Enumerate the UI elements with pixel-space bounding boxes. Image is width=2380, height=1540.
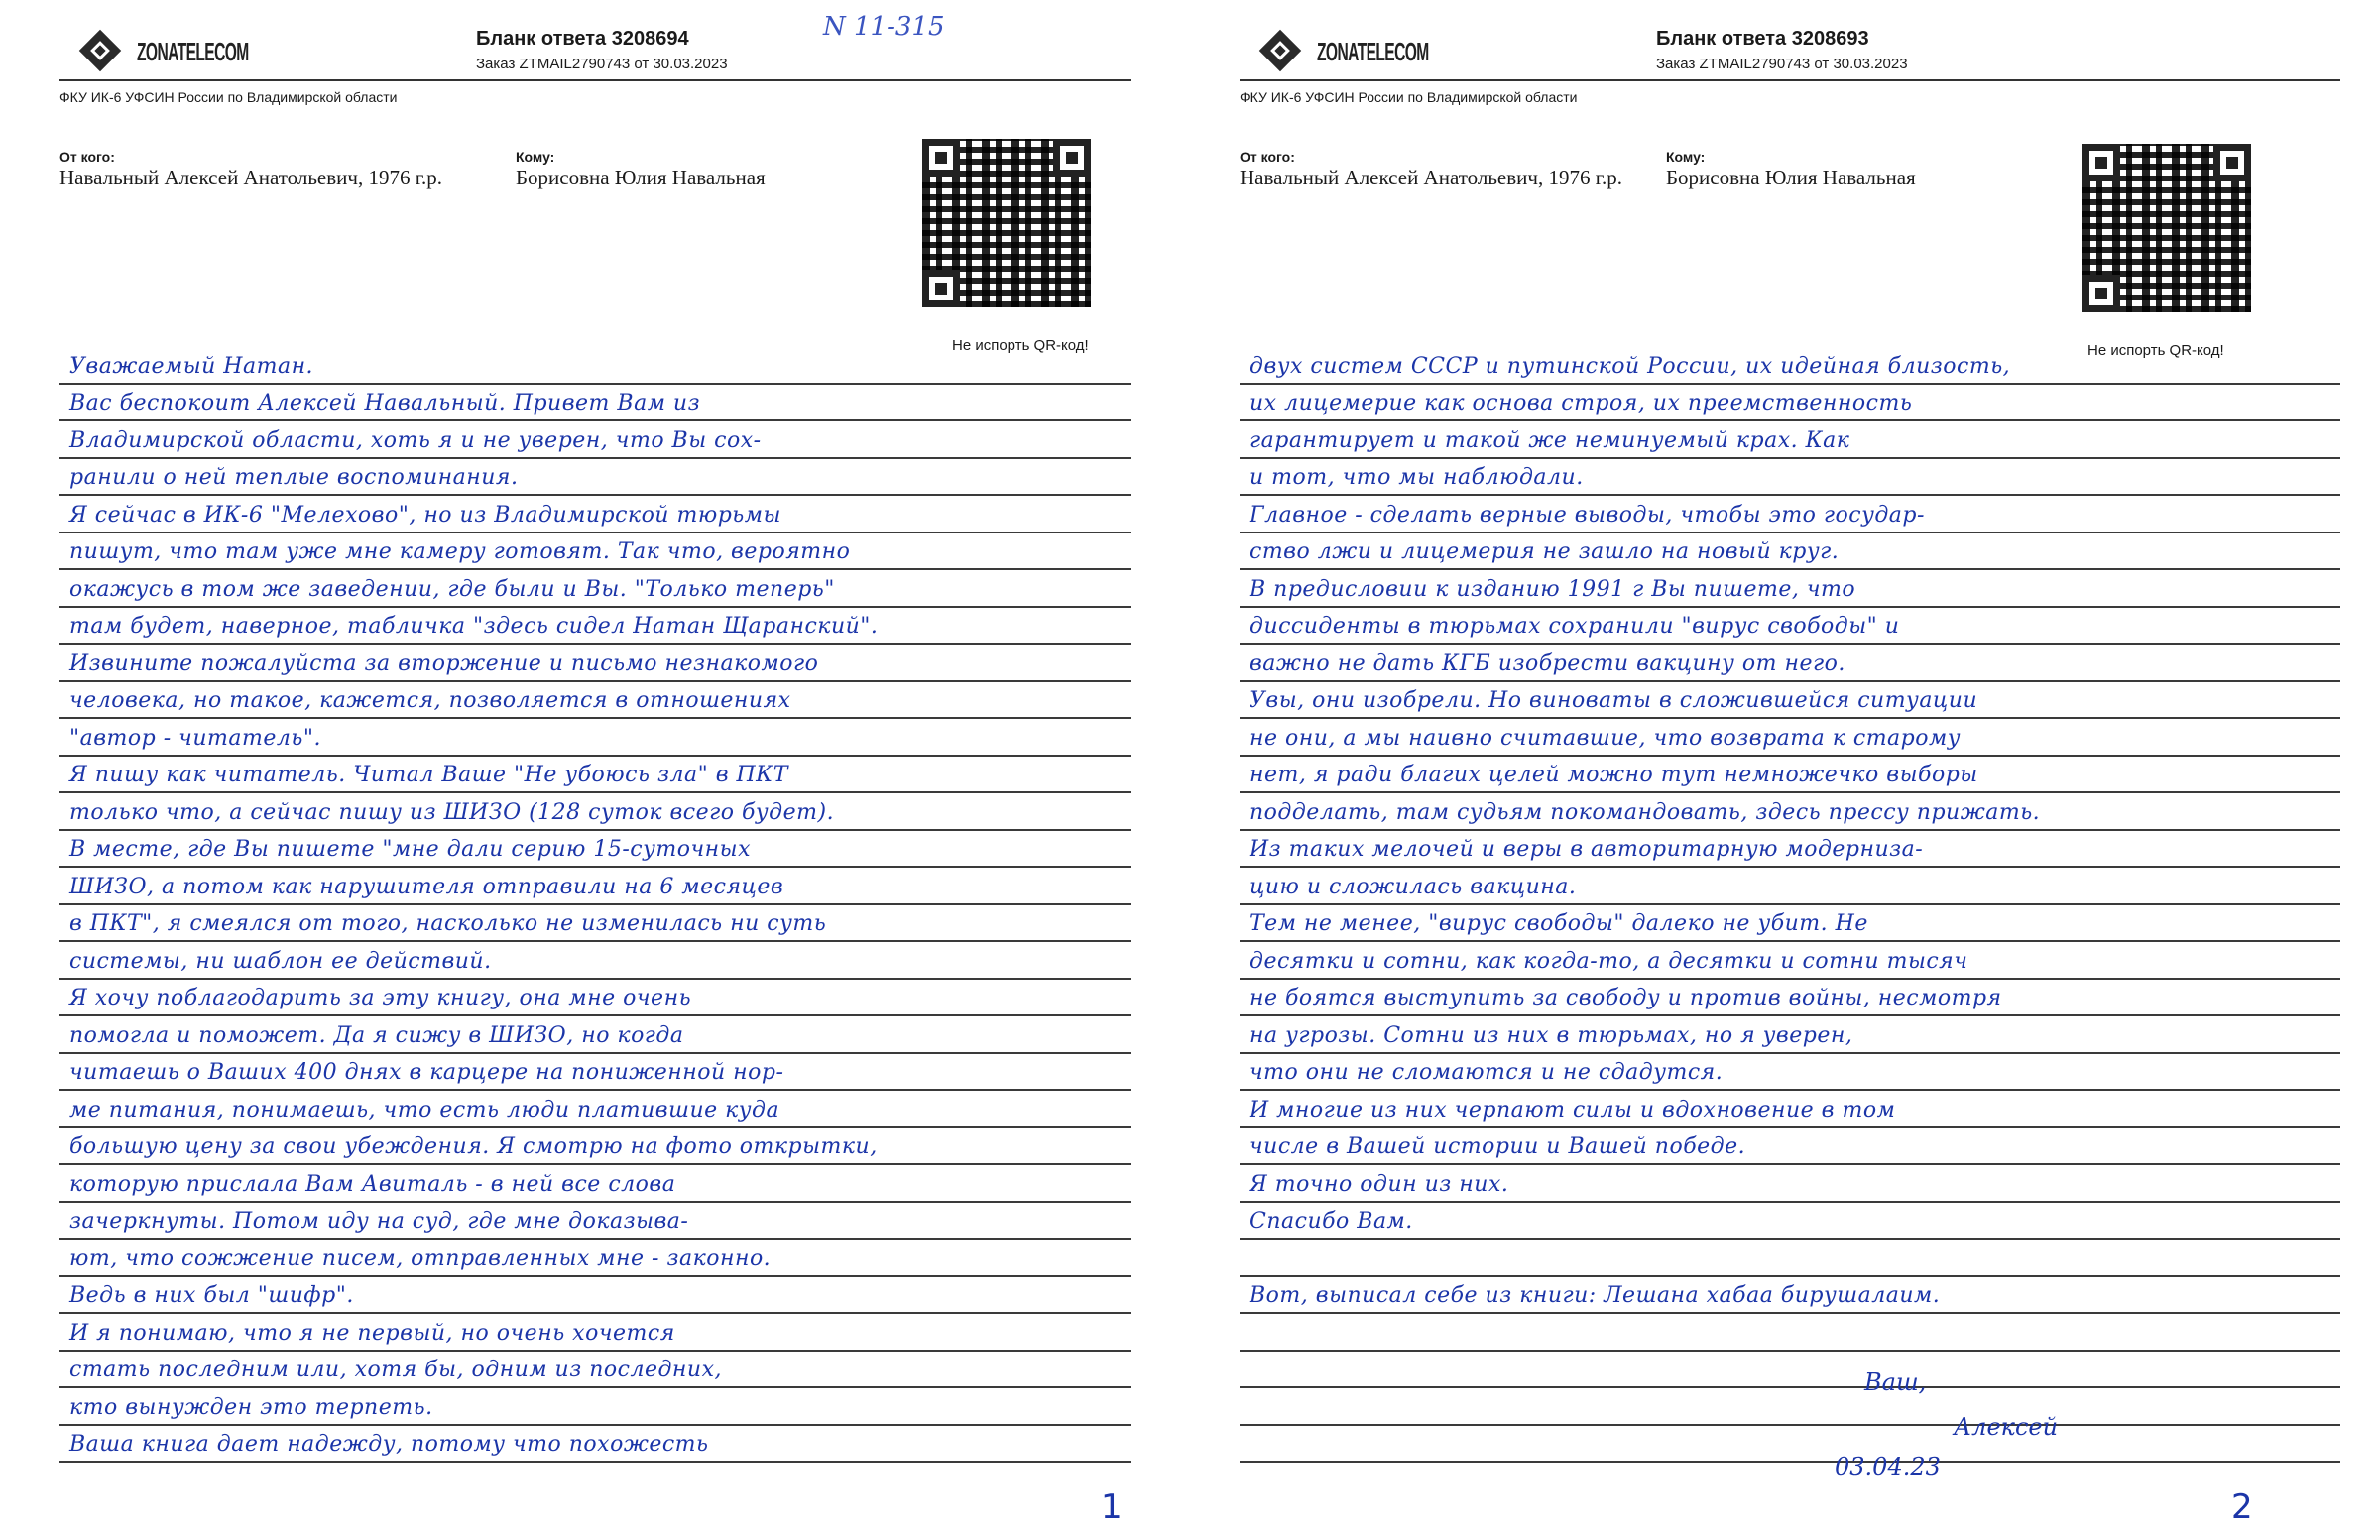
ruled-line: окажусь в том же заведении, где были и В… — [59, 570, 1130, 608]
handwritten-line: В предисловии к изданию 1991 г Вы пишете… — [1249, 577, 1855, 602]
ruled-line: Я пишу как читатель. Читал Ваше "Не убою… — [59, 757, 1130, 794]
handwritten-line: Я пишу как читатель. Читал Ваше "Не убою… — [69, 763, 788, 787]
ruled-line: ШИЗО, а потом как нарушителя отправили н… — [59, 868, 1130, 905]
handwritten-line: только что, а сейчас пишу из ШИЗО (128 с… — [69, 800, 834, 825]
ruled-line: ство лжи и лицемерия не зашло на новый к… — [1240, 533, 2340, 571]
header-divider — [1240, 79, 2340, 81]
ruled-line: их лицемерие как основа строя, их преемс… — [1240, 385, 2340, 422]
ruled-line — [1240, 1352, 2340, 1389]
qr-code — [2082, 144, 2251, 312]
handwritten-line: В месте, где Вы пишете "мне дали серию 1… — [69, 837, 751, 862]
ruled-line: Увы, они изобрели. Но виноваты в сложивш… — [1240, 682, 2340, 720]
answer-form-sheet-2: ZONATELECOM Бланк ответа 3208693 Заказ Z… — [1240, 0, 2340, 1540]
handwritten-line: ранили о ней теплые воспоминания. — [69, 465, 518, 490]
ruled-line: что они не сломаются и не сдадутся. — [1240, 1054, 2340, 1092]
ruled-line: И многие из них черпают силы и вдохновен… — [1240, 1091, 2340, 1128]
handwritten-line: окажусь в том же заведении, где были и В… — [69, 577, 835, 602]
handwritten-line: важно не дать КГБ изобрести вакцину от н… — [1249, 652, 1845, 676]
signature: Алексей — [1954, 1413, 2058, 1441]
ruled-line: подделать, там судьям покомандовать, зде… — [1240, 793, 2340, 831]
ruled-line: нет, я ради благих целей можно тут немно… — [1240, 757, 2340, 794]
ruled-line: Из таких мелочей и веры в авторитарную м… — [1240, 831, 2340, 869]
answer-form-sheet-1: ZONATELECOM Бланк ответа 3208694 Заказ Z… — [59, 0, 1130, 1540]
handwritten-line: на угрозы. Сотни из них в тюрьмах, но я … — [1249, 1023, 1852, 1048]
handwritten-line: не они, а мы наивно считавшие, что возвр… — [1249, 726, 1961, 751]
ruled-line: не боятся выступить за свободу и против … — [1240, 980, 2340, 1017]
order-number: Заказ ZTMAIL2790743 от 30.03.2023 — [476, 56, 728, 72]
handwritten-registration-mark: N 11-315 — [823, 12, 945, 42]
handwritten-line: человека, но такое, кажется, позволяется… — [69, 688, 791, 713]
handwritten-line: И я понимаю, что я не первый, но очень х… — [69, 1321, 675, 1346]
handwritten-line: ШИЗО, а потом как нарушителя отправили н… — [69, 875, 783, 899]
institution-name: ФКУ ИК-6 УФСИН России по Владимирской об… — [59, 89, 398, 105]
ruled-line: в ПКТ", я смеялся от того, насколько не … — [59, 905, 1130, 943]
handwritten-line: ме питания, понимаешь, что есть люди пла… — [69, 1098, 779, 1123]
page-number: 2 — [2231, 1487, 2253, 1527]
page-number: 1 — [1101, 1487, 1123, 1527]
letter-body: Уважаемый Натан.Вас беспокоит Алексей На… — [59, 347, 1130, 1463]
handwritten-line: что они не сломаются и не сдадутся. — [1249, 1060, 1723, 1085]
handwritten-line: Тем не менее, "вирус свободы" далеко не … — [1249, 911, 1868, 936]
brand-logo: ZONATELECOM — [79, 30, 323, 73]
handwritten-line: зачеркнуты. Потом иду на суд, где мне до… — [69, 1209, 688, 1234]
ruled-line: стать последним или, хотя бы, одним из п… — [59, 1352, 1130, 1389]
ruled-line: ют, что сожжение писем, отправленных мне… — [59, 1240, 1130, 1277]
ruled-line: большую цену за свои убеждения. Я смотрю… — [59, 1128, 1130, 1166]
ruled-line: помогла и поможет. Да я сижу в ШИЗО, но … — [59, 1016, 1130, 1054]
ruled-line: Вас беспокоит Алексей Навальный. Привет … — [59, 385, 1130, 422]
ruled-line: В месте, где Вы пишете "мне дали серию 1… — [59, 831, 1130, 869]
ruled-line: Владимирской области, хоть я и не уверен… — [59, 421, 1130, 459]
ruled-line: которую прислала Вам Авиталь - в ней все… — [59, 1165, 1130, 1203]
ruled-line: диссиденты в тюрьмах сохранили "вирус св… — [1240, 608, 2340, 646]
handwritten-line: и тот, что мы наблюдали. — [1249, 465, 1584, 490]
handwritten-line: подделать, там судьям покомандовать, зде… — [1249, 800, 2040, 825]
handwritten-line: Спасибо Вам. — [1249, 1209, 1413, 1234]
handwritten-line: системы, ни шаблон ее действий. — [69, 949, 492, 974]
brand-name: ZONATELECOM — [137, 37, 249, 67]
handwritten-line: гарантирует и такой же неминуемый крах. … — [1249, 428, 1849, 453]
from-label: От кого: — [1240, 149, 1295, 165]
from-value: Навальный Алексей Анатольевич, 1976 г.р. — [59, 167, 476, 188]
ruled-line: на угрозы. Сотни из них в тюрьмах, но я … — [1240, 1016, 2340, 1054]
handwritten-line: стать последним или, хотя бы, одним из п… — [69, 1358, 722, 1382]
ruled-line: Я хочу поблагодарить за эту книгу, она м… — [59, 980, 1130, 1017]
from-label: От кого: — [59, 149, 115, 165]
handwritten-line: диссиденты в тюрьмах сохранили "вирус св… — [1249, 614, 1899, 639]
ruled-line — [1240, 1314, 2340, 1352]
ruled-line: Ваша книга дает надежду, потому что похо… — [59, 1426, 1130, 1464]
ruled-line: Извините пожалуйста за вторжение и письм… — [59, 645, 1130, 682]
handwritten-line: цию и сложилась вакцина. — [1249, 875, 1576, 899]
ruled-line: цию и сложилась вакцина. — [1240, 868, 2340, 905]
handwritten-line: не боятся выступить за свободу и против … — [1249, 986, 2002, 1010]
ruled-line — [1240, 1426, 2340, 1464]
handwritten-line: Я хочу поблагодарить за эту книгу, она м… — [69, 986, 691, 1010]
handwritten-line: в ПКТ", я смеялся от того, насколько не … — [69, 911, 826, 936]
handwritten-line: Ведь в них был "шифр". — [69, 1283, 354, 1308]
header-divider — [59, 79, 1130, 81]
ruled-line: числе в Вашей истории и Вашей победе. — [1240, 1128, 2340, 1166]
handwritten-line: ют, что сожжение писем, отправленных мне… — [69, 1246, 771, 1271]
handwritten-line: "автор - читатель". — [69, 726, 321, 751]
handwritten-line: Уважаемый Натан. — [69, 354, 313, 379]
handwritten-line: Я точно один из них. — [1249, 1172, 1508, 1197]
ruled-line: гарантирует и такой же неминуемый крах. … — [1240, 421, 2340, 459]
handwritten-line: Владимирской области, хоть я и не уверен… — [69, 428, 762, 453]
to-label: Кому: — [516, 149, 554, 165]
handwritten-line: их лицемерие как основа строя, их преемс… — [1249, 391, 1912, 415]
handwritten-line: кто вынужден это терпеть. — [69, 1395, 433, 1420]
ruled-line: Тем не менее, "вирус свободы" далеко не … — [1240, 905, 2340, 943]
zonatelecom-logo-icon — [79, 30, 123, 73]
ruled-line: десятки и сотни, как когда-то, а десятки… — [1240, 942, 2340, 980]
ruled-line: не они, а мы наивно считавшие, что возвр… — [1240, 719, 2340, 757]
handwritten-line: которую прислала Вам Авиталь - в ней все… — [69, 1172, 675, 1197]
brand-logo: ZONATELECOM — [1259, 30, 1503, 73]
handwritten-line: числе в Вашей истории и Вашей победе. — [1249, 1134, 1745, 1159]
to-value: Борисовна Юлия Навальная — [516, 167, 766, 188]
closing: Ваш, — [1864, 1368, 1926, 1396]
handwritten-line: Вот, выписал себе из книги: Лешана хабаа… — [1249, 1283, 1940, 1308]
ruled-line: читаешь о Ваших 400 днях в карцере на по… — [59, 1054, 1130, 1092]
ruled-line — [1240, 1388, 2340, 1426]
handwritten-line: ство лжи и лицемерия не зашло на новый к… — [1249, 539, 1839, 564]
ruled-line: "автор - читатель". — [59, 719, 1130, 757]
to-value: Борисовна Юлия Навальная — [1666, 167, 1916, 188]
order-number: Заказ ZTMAIL2790743 от 30.03.2023 — [1656, 56, 1908, 72]
ruled-line: Я точно один из них. — [1240, 1165, 2340, 1203]
ruled-line: системы, ни шаблон ее действий. — [59, 942, 1130, 980]
ruled-line: Уважаемый Натан. — [59, 347, 1130, 385]
ruled-line: В предисловии к изданию 1991 г Вы пишете… — [1240, 570, 2340, 608]
ruled-line: ранили о ней теплые воспоминания. — [59, 459, 1130, 497]
handwritten-line: нет, я ради благих целей можно тут немно… — [1249, 763, 1978, 787]
ruled-line: Ведь в них был "шифр". — [59, 1277, 1130, 1315]
handwritten-line: двух систем СССР и путинской России, их … — [1249, 354, 2010, 379]
ruled-line: зачеркнуты. Потом иду на суд, где мне до… — [59, 1203, 1130, 1241]
ruled-line: двух систем СССР и путинской России, их … — [1240, 347, 2340, 385]
form-title: Бланк ответа 3208693 — [1656, 28, 1869, 51]
handwritten-line: десятки и сотни, как когда-то, а десятки… — [1249, 949, 1967, 974]
institution-name: ФКУ ИК-6 УФСИН России по Владимирской об… — [1240, 89, 1578, 105]
ruled-line: Главное - сделать верные выводы, чтобы э… — [1240, 496, 2340, 533]
zonatelecom-logo-icon — [1259, 30, 1303, 73]
letter-body: двух систем СССР и путинской России, их … — [1240, 347, 2340, 1463]
ruled-line: и тот, что мы наблюдали. — [1240, 459, 2340, 497]
brand-name: ZONATELECOM — [1317, 37, 1429, 67]
handwritten-line: Из таких мелочей и веры в авторитарную м… — [1249, 837, 1923, 862]
handwritten-line: Извините пожалуйста за вторжение и письм… — [69, 652, 818, 676]
ruled-line: И я понимаю, что я не первый, но очень х… — [59, 1314, 1130, 1352]
handwritten-line: Увы, они изобрели. Но виноваты в сложивш… — [1249, 688, 1977, 713]
handwritten-line: Вас беспокоит Алексей Навальный. Привет … — [69, 391, 700, 415]
to-label: Кому: — [1666, 149, 1705, 165]
from-value: Навальный Алексей Анатольевич, 1976 г.р. — [1240, 167, 1656, 188]
ruled-line: кто вынужден это терпеть. — [59, 1388, 1130, 1426]
ruled-line: ме питания, понимаешь, что есть люди пла… — [59, 1091, 1130, 1128]
form-title: Бланк ответа 3208694 — [476, 28, 689, 51]
handwritten-line: помогла и поможет. Да я сижу в ШИЗО, но … — [69, 1023, 684, 1048]
handwritten-line: большую цену за свои убеждения. Я смотрю… — [69, 1134, 878, 1159]
ruled-line: Вот, выписал себе из книги: Лешана хабаа… — [1240, 1277, 2340, 1315]
ruled-line: важно не дать КГБ изобрести вакцину от н… — [1240, 645, 2340, 682]
ruled-line: пишут, что там уже мне камеру готовят. Т… — [59, 533, 1130, 571]
ruled-line: Я сейчас в ИК-6 "Мелехово", но из Владим… — [59, 496, 1130, 533]
ruled-line: Спасибо Вам. — [1240, 1203, 2340, 1241]
handwritten-line: Главное - сделать верные выводы, чтобы э… — [1249, 503, 1925, 528]
handwritten-line: Я сейчас в ИК-6 "Мелехово", но из Владим… — [69, 503, 781, 528]
qr-code — [922, 139, 1091, 307]
handwritten-line: там будет, наверное, табличка "здесь сид… — [69, 614, 878, 639]
handwritten-line: пишут, что там уже мне камеру готовят. Т… — [69, 539, 850, 564]
ruled-line: только что, а сейчас пишу из ШИЗО (128 с… — [59, 793, 1130, 831]
ruled-line: там будет, наверное, табличка "здесь сид… — [59, 608, 1130, 646]
handwritten-line: И многие из них черпают силы и вдохновен… — [1249, 1098, 1895, 1123]
letter-date: 03.04.23 — [1835, 1453, 1941, 1481]
handwritten-line: Ваша книга дает надежду, потому что похо… — [69, 1432, 709, 1457]
ruled-line: человека, но такое, кажется, позволяется… — [59, 682, 1130, 720]
ruled-line — [1240, 1240, 2340, 1277]
handwritten-line: читаешь о Ваших 400 днях в карцере на по… — [69, 1060, 783, 1085]
